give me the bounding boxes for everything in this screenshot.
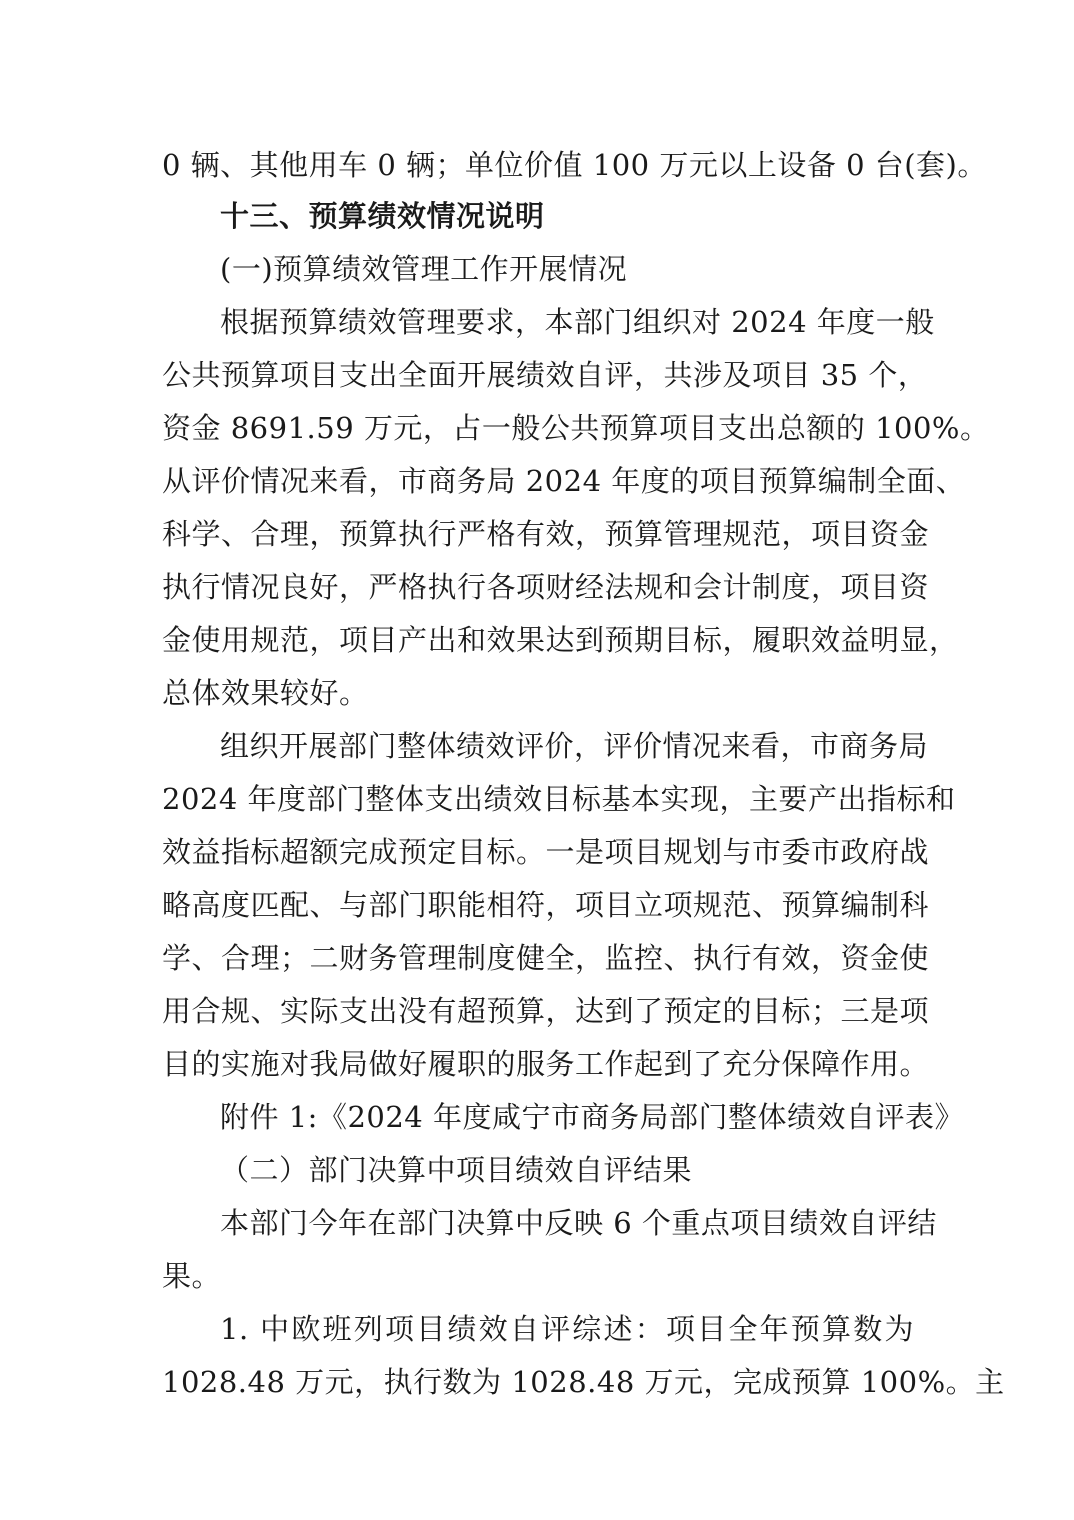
paragraph-line: 略高度匹配、与部门职能相符，项目立项规范、预算编制科 [162,885,914,925]
section-heading: 十三、预算绩效情况说明 [220,196,914,236]
paragraph-line: 效益指标超额完成预定目标。一是项目规划与市委市政府战 [162,832,914,872]
project-summary-line: 1. 中欧班列项目绩效自评综述：项目全年预算数为 [220,1309,914,1349]
paragraph-line: 用合规、实际支出没有超预算，达到了预定的目标；三是项 [162,991,914,1031]
paragraph-line: 资金 8691.59 万元，占一般公共预算项目支出总额的 100%。 [162,408,914,448]
subsection-heading-1: (一)预算绩效管理工作开展情况 [220,249,914,289]
paragraph-line: 从评价情况来看，市商务局 2024 年度的项目预算编制全面、 [162,461,914,501]
document-page: 0 辆、其他用车 0 辆；单位价值 100 万元以上设备 0 台(套)。 十三、… [0,0,1074,1520]
paragraph-line: 目的实施对我局做好履职的服务工作起到了充分保障作用。 [162,1044,914,1084]
paragraph-line: 2024 年度部门整体支出绩效目标基本实现，主要产出指标和 [162,779,914,819]
paragraph-line: 根据预算绩效管理要求，本部门组织对 2024 年度一般 [220,302,914,342]
project-summary-line: 1028.48 万元，执行数为 1028.48 万元，完成预算 100%。主 [162,1362,914,1402]
paragraph-line: 公共预算项目支出全面开展绩效自评，共涉及项目 35 个， [162,355,914,395]
paragraph-line-assets: 0 辆、其他用车 0 辆；单位价值 100 万元以上设备 0 台(套)。 [162,145,914,185]
paragraph-line: 果。 [162,1256,914,1296]
paragraph-line: 总体效果较好。 [162,673,914,713]
paragraph-line: 组织开展部门整体绩效评价，评价情况来看，市商务局 [220,726,914,766]
subsection-heading-2: （二）部门决算中项目绩效自评结果 [220,1150,914,1190]
paragraph-line: 学、合理；二财务管理制度健全，监控、执行有效，资金使 [162,938,914,978]
paragraph-line: 执行情况良好，严格执行各项财经法规和会计制度，项目资 [162,567,914,607]
paragraph-line: 科学、合理，预算执行严格有效，预算管理规范，项目资金 [162,514,914,554]
paragraph-line: 金使用规范，项目产出和效果达到预期目标，履职效益明显， [162,620,914,660]
paragraph-line: 本部门今年在部门决算中反映 6 个重点项目绩效自评结 [220,1203,914,1243]
attachment-reference: 附件 1:《2024 年度咸宁市商务局部门整体绩效自评表》 [220,1097,914,1137]
